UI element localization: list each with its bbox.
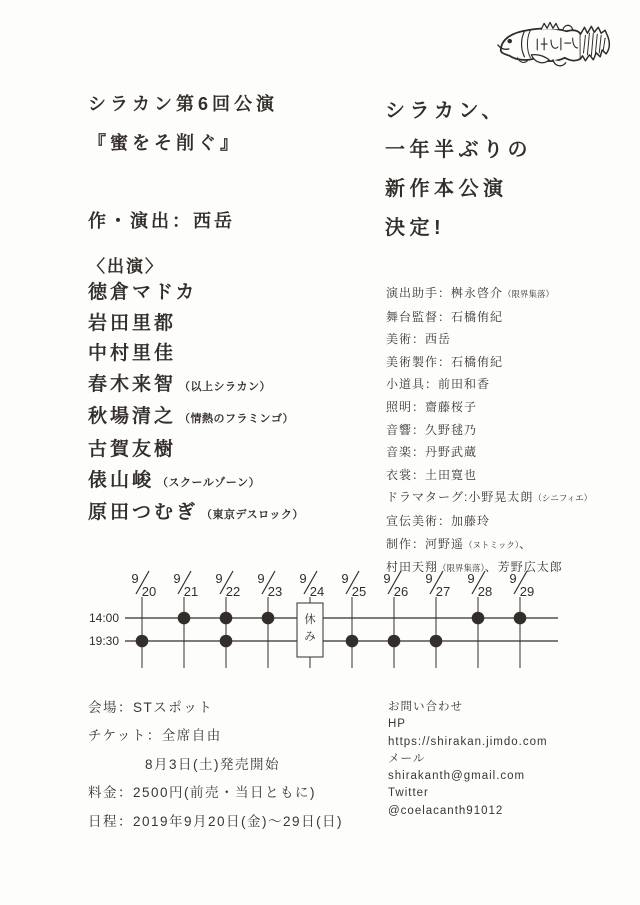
announcement-line: 新作本公演 [385,170,532,209]
poster-root: シラカン第6回公演 『蜜をそ削ぐ』 作・演出：西岳 シラカン、一年半ぶりの新作本… [0,0,640,905]
schedule-month-label: 9 [131,571,138,586]
contact-info: お問い合わせHPhttps://shirakan.jimdo.comメールshi… [388,699,548,820]
schedule-rest-box [297,603,323,657]
schedule-show-dot [472,612,485,625]
schedule-show-dot [178,612,191,625]
contact-line: https://shirakan.jimdo.com [388,734,548,751]
play-title: 『蜜をそ削ぐ』 [88,129,242,155]
staff-row: 制作：河野遥（ヌトミック）、 [386,533,592,557]
cast-name: 岩田里都 [88,313,176,334]
contact-line: HP [388,716,548,733]
staff-row: ドラマターグ:小野晃太朗（シニフィエ） [386,486,592,510]
announcement: シラカン、一年半ぶりの新作本公演決定! [385,92,532,248]
schedule-show-dot [262,612,275,625]
cast-name: 秋場清之 [88,406,176,427]
schedule-show-dot [388,635,401,648]
venue-line: 日程：2019年9月20日(金)〜29日(日) [88,808,343,836]
schedule-show-dot [136,635,149,648]
staff-row: 小道具：前田和香 [386,373,592,396]
staff-row: 衣裳：土田寛也 [386,464,592,487]
schedule-rest-label: み [304,631,316,643]
schedule-month-label: 9 [425,571,432,586]
contact-line: @coelacanth91012 [388,803,548,820]
staff-credit: 演出助手：桝永啓介 [386,286,503,300]
staff-row: 舞台監督：石橋侑紀 [386,306,592,329]
schedule-day-label: 25 [352,584,366,599]
cast-row: 徳倉マドカ [88,278,304,309]
cast-company-note: （東京デスロック） [201,509,304,521]
staff-credit: 小道具：前田和香 [386,377,490,391]
venue-line: チケット：全席自由 [88,722,343,750]
staff-row: 音楽：丹野武蔵 [386,441,592,464]
contact-line: shirakanth@gmail.com [388,768,548,785]
staff-row: 美術製作：石橋侑紀 [386,351,592,374]
announcement-line: シラカン、 [385,92,532,131]
staff-row: 音響：久野毬乃 [386,419,592,442]
cast-company-note: （以上シラカン） [179,381,271,393]
cast-row: 古賀友樹 [88,435,304,466]
cast-row: 原田つむぎ（東京デスロック） [88,498,304,531]
venue-line: 会場：STスポット [88,694,343,722]
schedule-day-label: 24 [310,584,324,599]
announcement-line: 決定! [385,209,532,248]
venue-line: 料金：2500円(前売・当日ともに) [88,779,343,807]
staff-credit: ドラマターグ:小野晃太朗 [386,490,533,504]
venue-line: 8月3日(土)発売開始 [88,751,343,779]
production-number: シラカン第6回公演 [88,90,278,116]
staff-company-note: （限界集落） [503,289,554,299]
schedule-show-dot [430,635,443,648]
announcement-line: 一年半ぶりの [385,131,532,170]
venue-info: 会場：STスポットチケット：全席自由8月3日(土)発売開始料金：2500円(前売… [88,694,343,836]
staff-row: 美術：西岳 [386,328,592,351]
staff-credit: 制作：河野遥 [386,537,464,551]
staff-credit: 美術製作：石橋侑紀 [386,355,503,369]
schedule-day-label: 20 [142,584,156,599]
schedule-month-label: 9 [299,571,306,586]
schedule-day-label: 29 [520,584,534,599]
schedule-show-dot [346,635,359,648]
schedule-month-label: 9 [383,571,390,586]
staff-credit: 、 [519,537,532,551]
coelacanth-logo-icon [494,20,612,72]
staff-credit: 衣裳：土田寛也 [386,468,477,482]
schedule-day-label: 21 [184,584,198,599]
staff-row: 宣伝美術：加藤玲 [386,510,592,533]
contact-line: お問い合わせ [388,699,548,716]
cast-row: 春木来智（以上シラカン） [88,370,304,403]
cast-name: 俵山峻 [88,470,154,491]
staff-credit: 美術：西岳 [386,332,451,346]
schedule-month-label: 9 [467,571,474,586]
cast-row: 俵山峻（スクールゾーン） [88,466,304,499]
staff-row: 照明：齋藤桜子 [386,396,592,419]
schedule-day-label: 28 [478,584,492,599]
cast-row: 岩田里都 [88,309,304,340]
schedule-day-label: 23 [268,584,282,599]
cast-name: 徳倉マドカ [88,282,197,303]
staff-credit: 音楽：丹野武蔵 [386,445,477,459]
schedule-time-label: 19:30 [89,634,119,648]
cast-list: 徳倉マドカ岩田里都中村里佳春木来智（以上シラカン）秋場清之（情熱のフラミンゴ）古… [88,278,304,531]
cast-company-note: （スクールゾーン） [157,477,260,489]
staff-credit: 照明：齋藤桜子 [386,400,477,414]
staff-row: 演出助手：桝永啓介（限界集落） [386,282,592,306]
staff-credit: 舞台監督：石橋侑紀 [386,310,503,324]
cast-heading: 〈出演〉 [88,252,164,277]
staff-list: 演出助手：桝永啓介（限界集落）舞台監督：石橋侑紀美術：西岳美術製作：石橋侑紀小道… [386,282,592,580]
contact-line: Twitter [388,785,548,802]
author-director: 作・演出：西岳 [88,207,235,233]
schedule-rest-label: 休 [304,612,316,626]
cast-name: 中村里佳 [88,343,176,364]
staff-company-note: （シニフィエ） [533,493,592,503]
schedule-month-label: 9 [173,571,180,586]
staff-credit: 宣伝美術：加藤玲 [386,514,490,528]
schedule-month-label: 9 [257,571,264,586]
schedule-day-label: 22 [226,584,240,599]
schedule-month-label: 9 [509,571,516,586]
cast-row: 中村里佳 [88,339,304,370]
schedule-chart: 14:0019:30920921922923924925926927928929… [0,560,640,680]
cast-name: 春木来智 [88,374,176,395]
cast-row: 秋場清之（情熱のフラミンゴ） [88,402,304,435]
staff-company-note: （ヌトミック） [464,540,519,550]
schedule-month-label: 9 [215,571,222,586]
schedule-time-label: 14:00 [89,611,119,625]
schedule-day-label: 27 [436,584,450,599]
cast-name: 古賀友樹 [88,439,176,460]
schedule-show-dot [514,612,527,625]
staff-credit: 音響：久野毬乃 [386,423,477,437]
contact-line: メール [388,751,548,768]
schedule-show-dot [220,612,233,625]
schedule-day-label: 26 [394,584,408,599]
schedule-month-label: 9 [341,571,348,586]
cast-name: 原田つむぎ [88,502,198,523]
cast-company-note: （情熱のフラミンゴ） [179,413,294,425]
schedule-show-dot [220,635,233,648]
